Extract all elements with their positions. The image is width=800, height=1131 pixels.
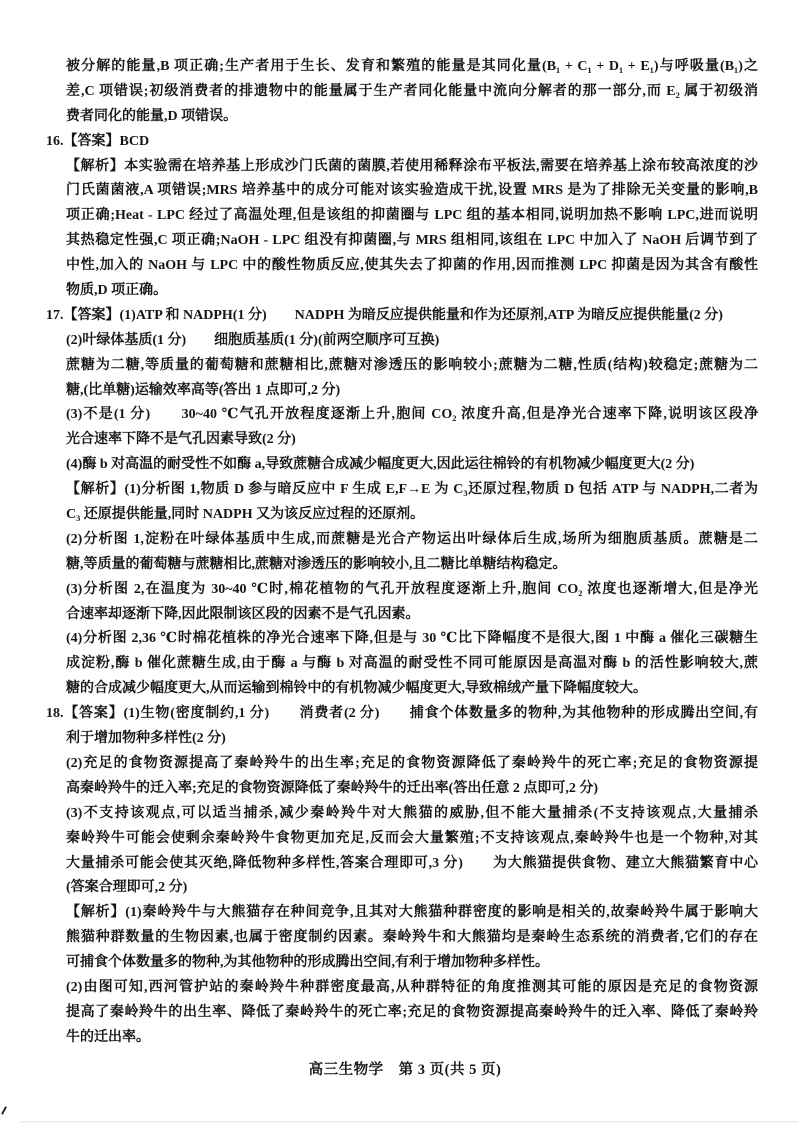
answer-text-line: 【解析】(1)分析图 1,物质 D 参与暗反应中 F 生成 E,F→E 为 C₃… — [46, 478, 758, 503]
answer-text-line: 糖,(比单糖)运输效率高等(答出 1 点即可,2 分) — [46, 379, 758, 404]
answer-text-line: 糖的合成减少幅度更大,从而运输到棉铃中的有机物减少幅度更大,导致棉绒产量下降幅度… — [46, 677, 758, 702]
answer-text-line: (3)不是(1 分) 30~40 ℃气孔开放程度逐渐上升,胞间 CO₂ 浓度升高… — [46, 403, 758, 428]
answer-item-number-line: 17.【答案】(1)ATP 和 NADPH(1 分) NADPH 为暗反应提供能… — [46, 304, 758, 329]
answer-text-line: (4)酶 b 对高温的耐受性不如酶 a,导致蔗糖合成减少幅度更大,因此运往棉铃的… — [46, 453, 758, 478]
answer-text-line: (3)不支持该观点,可以适当捕杀,减少秦岭羚牛对大熊猫的威胁,但不能大量捕杀(不… — [46, 802, 758, 827]
answer-text-block: 被分解的能量,B 项正确;生产者用于生长、发育和繁殖的能量是其同化量(B₁ + … — [46, 55, 758, 1051]
exam-answer-page: 被分解的能量,B 项正确;生产者用于生长、发育和繁殖的能量是其同化量(B₁ + … — [0, 0, 800, 1131]
answer-text-line: 差,C 项错误;初级消费者的排遗物中的能量属于生产者同化能量中流向分解者的那一部… — [46, 80, 758, 105]
answer-text-line: 可捕食个体数量多的物种,为其他物种的形成腾出空间,有利于增加物种多样性。 — [46, 951, 758, 976]
answer-text-line: (答案合理即可,2 分) — [46, 876, 758, 901]
answer-text-line: (2)由图可知,西河管护站的秦岭羚牛种群密度最高,从种群特征的角度推测其可能的原… — [46, 976, 758, 1001]
page-footer-text: 高三生物学 第 3 页(共 5 页) — [309, 1062, 502, 1078]
answer-text-line: (3)分析图 2,在温度为 30~40 ℃时,棉花植物的气孔开放程度逐渐上升,胞… — [46, 578, 758, 603]
answer-text-line: 【解析】(1)秦岭羚牛与大熊猫存在种间竞争,且其对大熊猫种群密度的影响是相关的,… — [46, 901, 758, 926]
answer-text-line: 门氏菌菌液,A 项错误;MRS 培养基中的成分可能对该实验造成干扰,设置 MRS… — [46, 179, 758, 204]
answer-text-line: C₃ 还原提供能量,同时 NADPH 又为该反应过程的还原剂。 — [46, 503, 758, 528]
answer-text-line: 中性,加入的 NaOH 与 LPC 中的酸性物质反应,使其失去了抑菌的作用,因而… — [46, 254, 758, 279]
answer-text-line: (2)分析图 1,淀粉在叶绿体基质中生成,而蔗糖是光合产物运出叶绿体后生成,场所… — [46, 528, 758, 553]
answer-text-line: 利于增加物种多样性(2 分) — [46, 727, 758, 752]
answer-text-line: 糖,等质量的葡萄糖与蔗糖相比,蔗糖对渗透压的影响较小,且二糖比单糖结构稳定。 — [46, 553, 758, 578]
page-footer: 高三生物学 第 3 页(共 5 页) — [10, 1060, 800, 1080]
answer-item-number-line: 18.【答案】(1)生物(密度制约,1 分) 消费者(2 分) 捕食个体数量多的… — [46, 702, 758, 727]
answer-text-line: 提高了秦岭羚牛的出生率、降低了秦岭羚牛的死亡率;充足的食物资源提高秦岭羚牛的迁入… — [46, 1001, 758, 1026]
answer-text-line: 熊猫种群数量的生物因素,也属于密度制约因素。秦岭羚牛和大熊猫均是秦岭生态系统的消… — [46, 926, 758, 951]
answer-text-line: 大量捕杀可能会使其灭绝,降低物种多样性,答案合理即可,3 分) 为大熊猫提供食物… — [46, 852, 758, 877]
answer-text-line: 牛的迁出率。 — [46, 1026, 758, 1051]
answer-item-number-line: 16.【答案】BCD — [46, 130, 758, 155]
scan-mark-artifact — [1, 1106, 7, 1115]
answer-text-line: (2)叶绿体基质(1 分) 细胞质基质(1 分)(前两空顺序可互换) — [46, 329, 758, 354]
answer-text-line: 其热稳定性强,C 项正确;NaOH - LPC 组没有抑菌圈,与 MRS 组相同… — [46, 229, 758, 254]
scan-edge-artifact — [20, 1121, 798, 1122]
answer-text-line: 费者同化的能量,D 项错误。 — [46, 105, 758, 130]
answer-text-line: 【解析】本实验需在培养基上形成沙门氏菌的菌膜,若使用稀释涂布平板法,需要在培养基… — [46, 155, 758, 180]
answer-text-line: 秦岭羚牛可能会使剩余秦岭羚牛食物更加充足,反而会大量繁殖;不支持该观点,秦岭羚牛… — [46, 827, 758, 852]
answer-text-line: (4)分析图 2,36 ℃时棉花植株的净光合速率下降,但是与 30 ℃比下降幅度… — [46, 627, 758, 652]
answer-text-line: 蔗糖为二糖,等质量的葡萄糖和蔗糖相比,蔗糖对渗透压的影响较小;蔗糖为二糖,性质(… — [46, 354, 758, 379]
answer-text-line: 高秦岭羚牛的迁入率;充足的食物资源降低了秦岭羚牛的迁出率(答出任意 2 点即可,… — [46, 777, 758, 802]
answer-text-line: 被分解的能量,B 项正确;生产者用于生长、发育和繁殖的能量是其同化量(B₁ + … — [46, 55, 758, 80]
answer-text-line: 成淀粉,酶 b 催化蔗糖生成,由于酶 a 与酶 b 对高温的耐受性不同可能原因是… — [46, 652, 758, 677]
answer-text-line: 物质,D 项正确。 — [46, 279, 758, 304]
answer-text-line: (2)充足的食物资源提高了秦岭羚牛的出生率;充足的食物资源降低了秦岭羚牛的死亡率… — [46, 752, 758, 777]
answer-text-line: 合速率却逐渐下降,因此限制该区段的因素不是气孔因素。 — [46, 603, 758, 628]
answer-text-line: 光合速率下降不是气孔因素导致(2 分) — [46, 428, 758, 453]
answer-text-line: 项正确;Heat - LPC 经过了高温处理,但是该组的抑菌圈与 LPC 组的基… — [46, 204, 758, 229]
